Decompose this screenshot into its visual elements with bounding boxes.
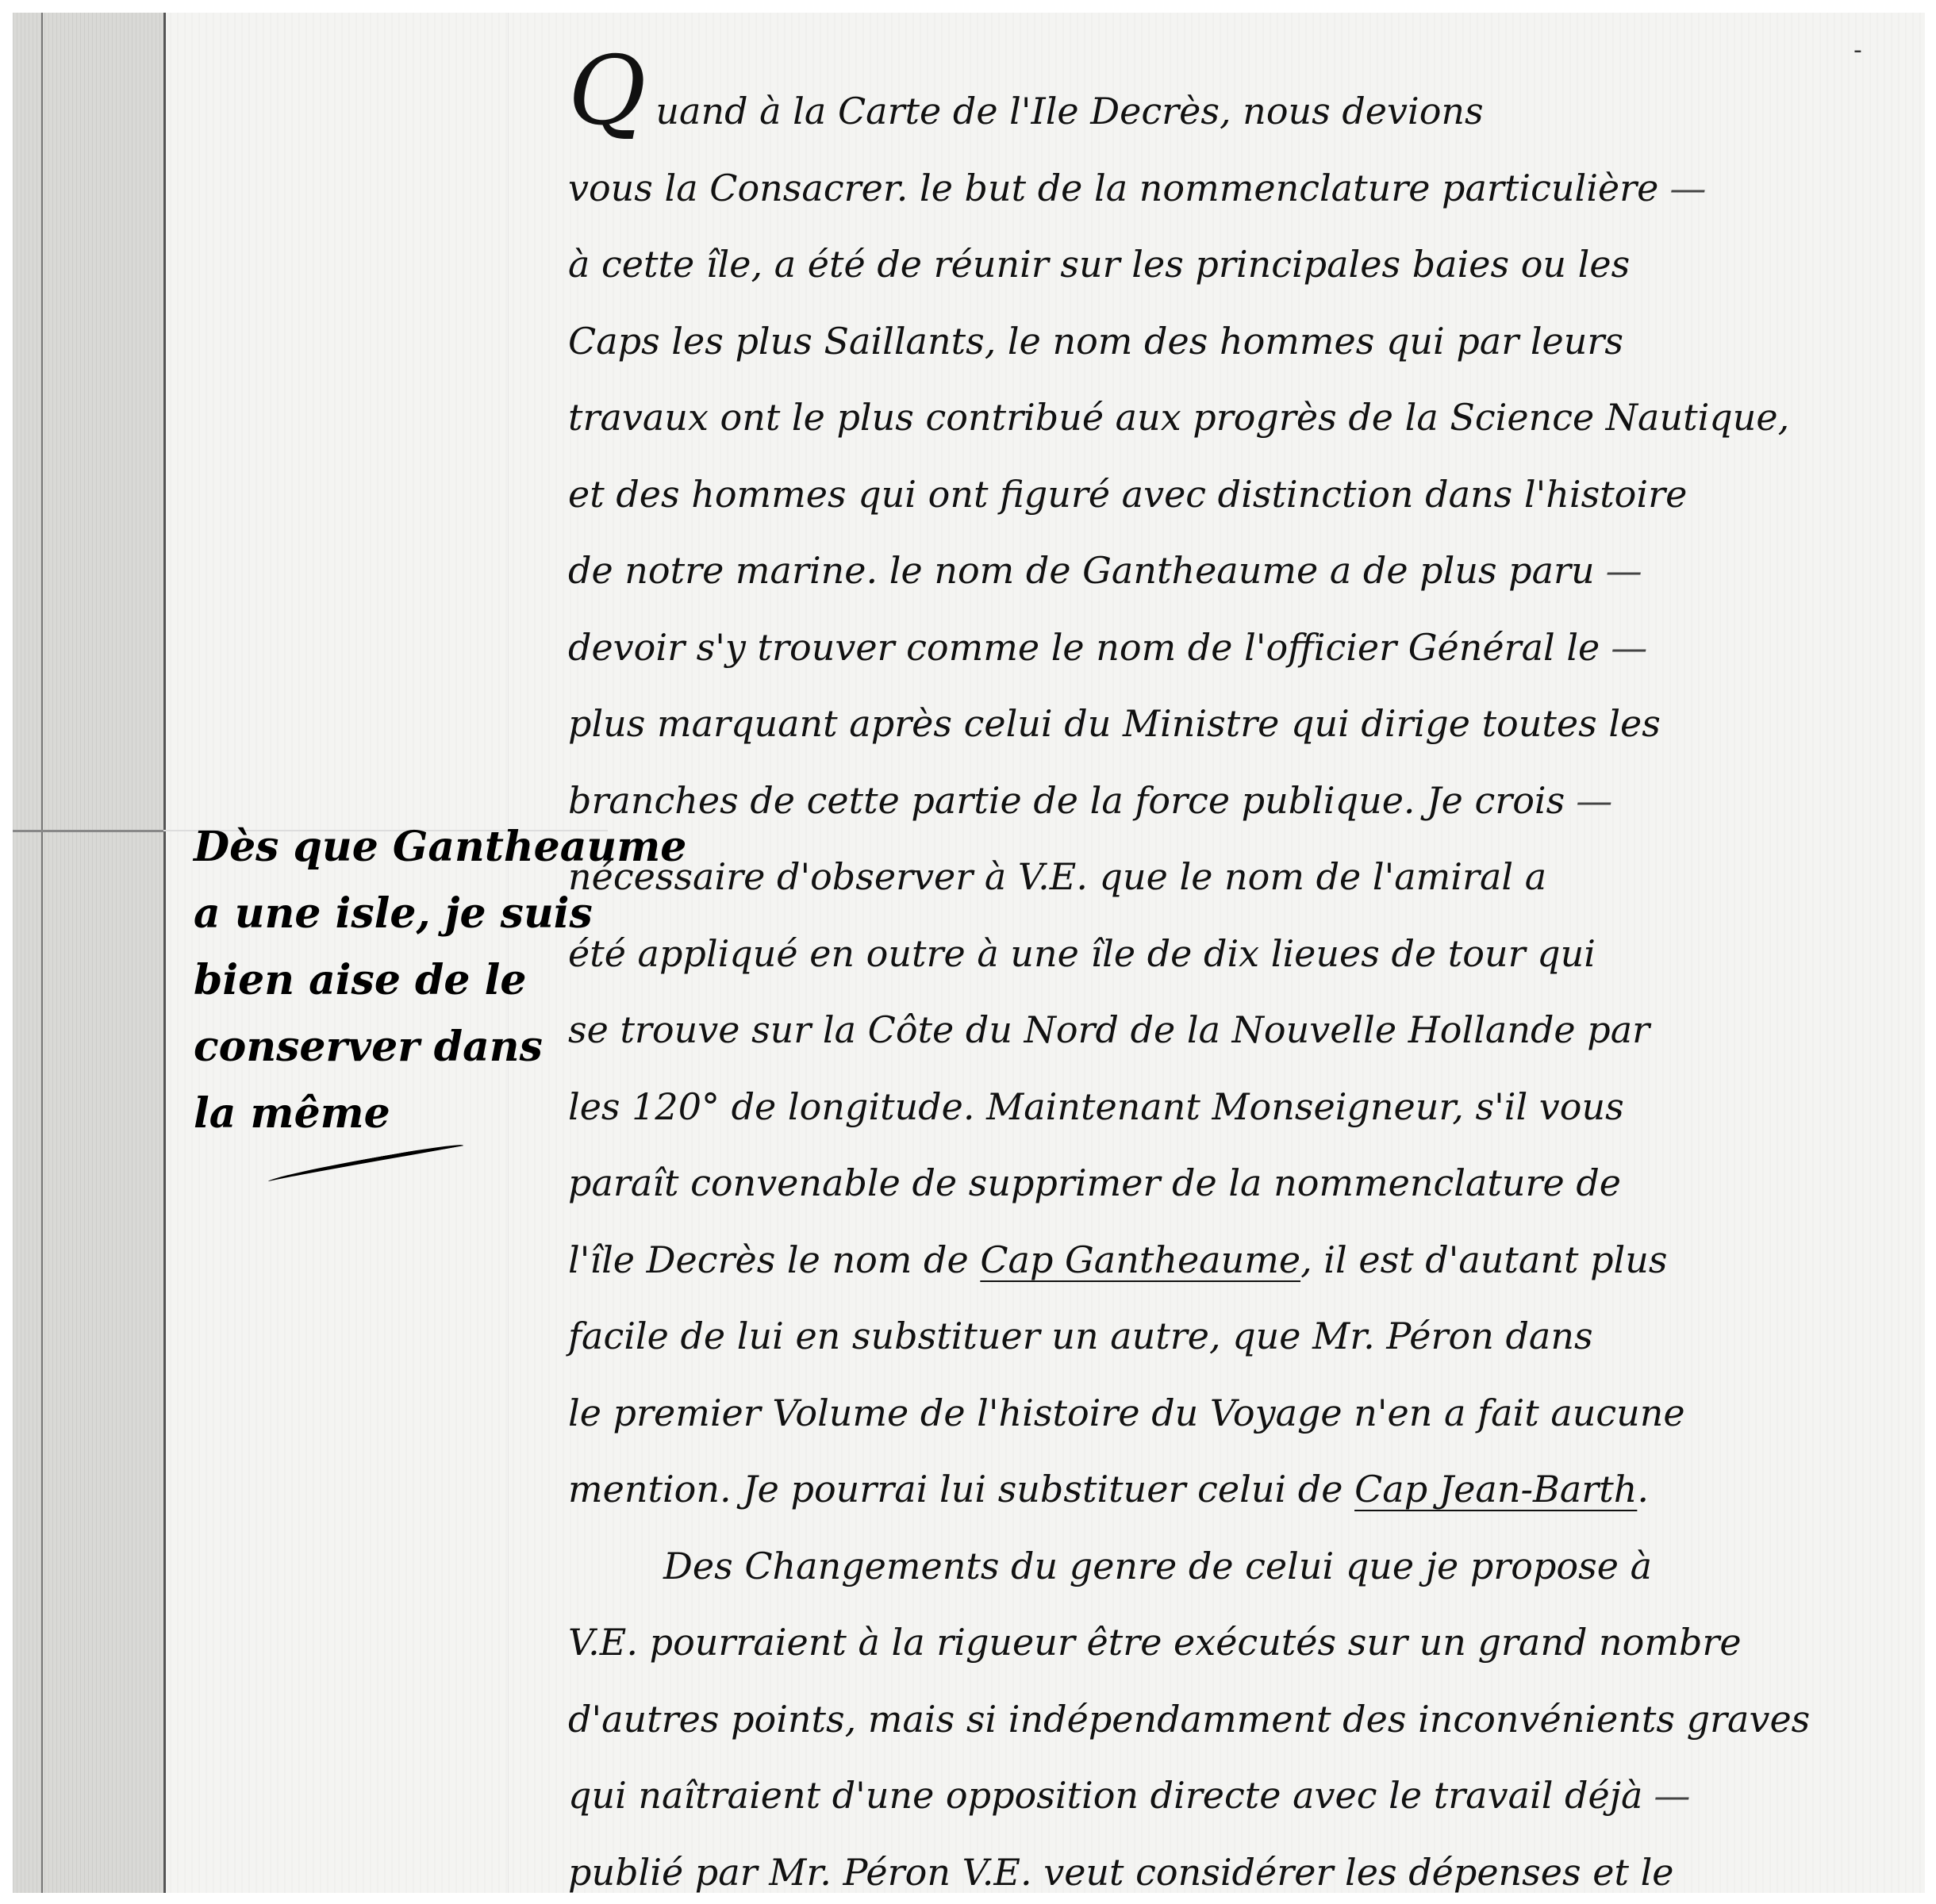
text-line: travaux ont le plus contribué aux progrè… [568,379,1758,456]
letter-body: Quand à la Carte de l'Ile Decrès, nous d… [568,68,1758,1904]
text-line: devoir s'y trouver comme le nom de l'off… [568,609,1758,686]
line-text: d'autres points, mais si indépendamment … [568,1681,1810,1758]
underlined-place-name: Cap Gantheaume [980,1238,1300,1281]
line-text: branches de cette partie de la force pub… [568,762,1565,839]
text-line: été appliqué en outre à une île de dix l… [568,916,1758,992]
line-filler-dash: — [1669,150,1706,227]
marginal-annotation: Dès que Gantheaumea une isle, je suisbie… [194,814,574,1147]
line-filler-dash: — [1654,1757,1690,1834]
text-line: branches de cette partie de la force pub… [568,762,1758,839]
annotation-line: la même [194,1081,574,1147]
line-text: paraît convenable de supprimer de la nom… [568,1145,1621,1222]
text-line: et des hommes qui ont figuré avec distin… [568,456,1758,533]
underlined-place-name: Cap Jean-Barth [1354,1468,1637,1511]
line-text: facile de lui en substituer un autre, qu… [568,1298,1593,1375]
line-text: nécessaire d'observer à V.E. que le nom … [568,839,1546,916]
line-filler-dash: — [1576,762,1612,839]
line-text: le premier Volume de l'histoire du Voyag… [568,1375,1685,1452]
line-text-part: l'île Decrès le nom de [568,1238,980,1281]
line-text: se trouve sur la Côte du Nord de la Nouv… [568,992,1650,1069]
text-line: facile de lui en substituer un autre, qu… [568,1298,1758,1375]
line-text: Caps les plus Saillants, le nom des homm… [568,303,1623,380]
text-line: de notre marine. le nom de Gantheaume a … [568,532,1758,609]
line-text: mention. Je pourrai lui substituer celui… [568,1451,1649,1528]
line-filler-dash: — [1611,609,1647,686]
text-line: publié par Mr. Péron V.E. veut considére… [568,1834,1758,1904]
annotation-line: conserver dans [194,1014,574,1081]
line-text: les 120° de longitude. Maintenant Monsei… [568,1069,1624,1146]
text-line: Des Changements du genre de celui que je… [568,1528,1758,1605]
text-line: Quand à la Carte de l'Ile Decrès, nous d… [568,68,1758,150]
line-text: devoir s'y trouver comme le nom de l'off… [568,609,1600,686]
line-filler-dash: — [1606,532,1642,609]
line-text: plus marquant après celui du Ministre qu… [568,685,1661,762]
line-text-part: . [1637,1468,1649,1511]
line-text: de notre marine. le nom de Gantheaume a … [568,532,1595,609]
text-line: vous la Consacrer. le but de la nommencl… [568,150,1758,227]
line-text: à cette île, a été de réunir sur les pri… [568,226,1630,303]
text-line: mention. Je pourrai lui substituer celui… [568,1451,1758,1528]
line-text-part: , il est d'autant plus [1300,1238,1667,1281]
text-line: se trouve sur la Côte du Nord de la Nouv… [568,992,1758,1069]
line-text: Des Changements du genre de celui que je… [663,1528,1652,1605]
annotation-line: a une isle, je suis [194,881,574,947]
text-line: Caps les plus Saillants, le nom des homm… [568,303,1758,380]
line-text: travaux ont le plus contribué aux progrè… [568,379,1789,456]
text-line: V.E. pourraient à la rigueur être exécut… [568,1604,1758,1681]
text-line: nécessaire d'observer à V.E. que le nom … [568,839,1758,916]
text-line: les 120° de longitude. Maintenant Monsei… [568,1069,1758,1146]
text-line: à cette île, a été de réunir sur les pri… [568,226,1758,303]
page-mark: - [1853,36,1862,64]
line-text: l'île Decrès le nom de Cap Gantheaume, i… [568,1222,1667,1299]
text-line: l'île Decrès le nom de Cap Gantheaume, i… [568,1222,1758,1299]
text-line: plus marquant après celui du Ministre qu… [568,685,1758,762]
line-text: et des hommes qui ont figuré avec distin… [568,456,1687,533]
line-text: V.E. pourraient à la rigueur être exécut… [568,1604,1742,1681]
text-line: paraît convenable de supprimer de la nom… [568,1145,1758,1222]
line-text-part: mention. Je pourrai lui substituer celui… [568,1468,1354,1511]
fold-mark [13,830,163,832]
annotation-line: Dès que Gantheaume [194,814,574,881]
annotation-line: bien aise de le [194,947,574,1014]
text-line: d'autres points, mais si indépendamment … [568,1681,1758,1758]
text-line: le premier Volume de l'histoire du Voyag… [568,1375,1758,1452]
line-text: qui naîtraient d'une opposition directe … [568,1757,1642,1834]
manuscript-page: - Quand à la Carte de l'Ile Decrès, nous… [13,13,1925,1893]
line-text: uand à la Carte de l'Ile Decrès, nous de… [655,73,1483,150]
line-text: publié par Mr. Péron V.E. veut considére… [568,1834,1674,1904]
line-text: vous la Consacrer. le but de la nommencl… [568,150,1658,227]
annotation-flourish [267,1142,464,1184]
binding-strip [13,13,166,1893]
binding-line [41,13,43,1893]
text-line: qui naîtraient d'une opposition directe … [568,1757,1758,1834]
drop-cap: Q [568,68,646,116]
line-text: été appliqué en outre à une île de dix l… [568,916,1596,992]
